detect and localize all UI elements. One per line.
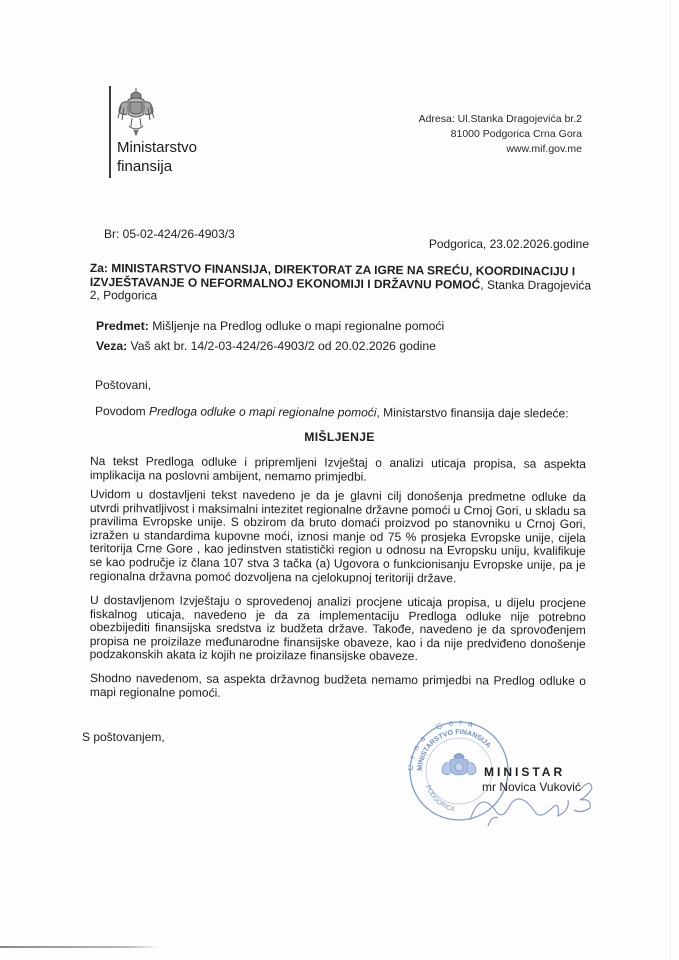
coat-of-arms-icon [117, 86, 155, 136]
closing-salutation: S poštovanjem, [82, 730, 165, 744]
address-street: Adresa: Ul.Stanka Dragojevića br.2 [419, 112, 582, 127]
paragraph-3: U dostavljenom Izvještaju o sprovedenoj … [90, 594, 586, 665]
ministry-name-line2: finansija [117, 157, 197, 176]
intro-line: Povodom Predloga odluke o mapi regionaln… [95, 404, 595, 421]
reference-number: Br: 05-02-424/26-4903/3 [104, 227, 235, 241]
ministry-name-line1: Ministarstvo [117, 138, 197, 157]
paragraph-1: Na tekst Predloga odluke i pripremljeni … [90, 455, 586, 485]
recipient-block: Za: MINISTARSTVO FINANSIJA, DIREKTORAT Z… [90, 262, 592, 306]
scan-artifact-line [0, 946, 160, 948]
ministry-name: Ministarstvo finansija [117, 138, 197, 176]
paragraph-2: Uvidom u dostavljeni tekst navedeno je d… [89, 488, 586, 586]
signatory-title: MINISTAR [484, 765, 581, 779]
reference-text: Vaš akt br. 14/2-03-424/26-4903/2 od 20.… [127, 339, 436, 353]
greeting: Poštovani, [95, 378, 151, 392]
ministry-address: Adresa: Ul.Stanka Dragojevića br.2 81000… [419, 112, 582, 157]
intro-prefix: Povodom [95, 404, 149, 418]
address-website: www.mif.gov.me [419, 142, 582, 157]
intro-document-title: Predloga odluke o mapi regionalne pomoći [149, 404, 377, 419]
signatory-block: MINISTAR mr Novica Vuković [484, 765, 581, 794]
address-city: 81000 Podgorica Crna Gora [419, 127, 582, 142]
opinion-heading: MIŠLJENJE [0, 430, 679, 444]
paragraph-4: Shodno navedenom, sa aspekta državnog bu… [90, 672, 586, 702]
recipient-label: Za: [90, 261, 108, 275]
page-edge [670, 0, 671, 960]
place-date: Podgorica, 23.02.2026.godine [429, 237, 589, 251]
subject-text: Mišljenje na Predlog odluke o mapi regio… [149, 319, 444, 333]
header-divider-line [109, 86, 111, 178]
subject-line: Predmet: Mišljenje na Predlog odluke o m… [96, 319, 444, 333]
intro-suffix: , Ministarstvo finansija daje sledeće: [376, 405, 568, 420]
reference-label: Veza: [96, 339, 127, 353]
signatory-name: mr Novica Vuković [482, 780, 581, 794]
document-page: Ministarstvo finansija Adresa: Ul.Stanka… [0, 0, 679, 960]
reference-line: Veza: Vaš akt br. 14/2-03-424/26-4903/2 … [96, 339, 436, 353]
subject-label: Predmet: [96, 319, 149, 333]
